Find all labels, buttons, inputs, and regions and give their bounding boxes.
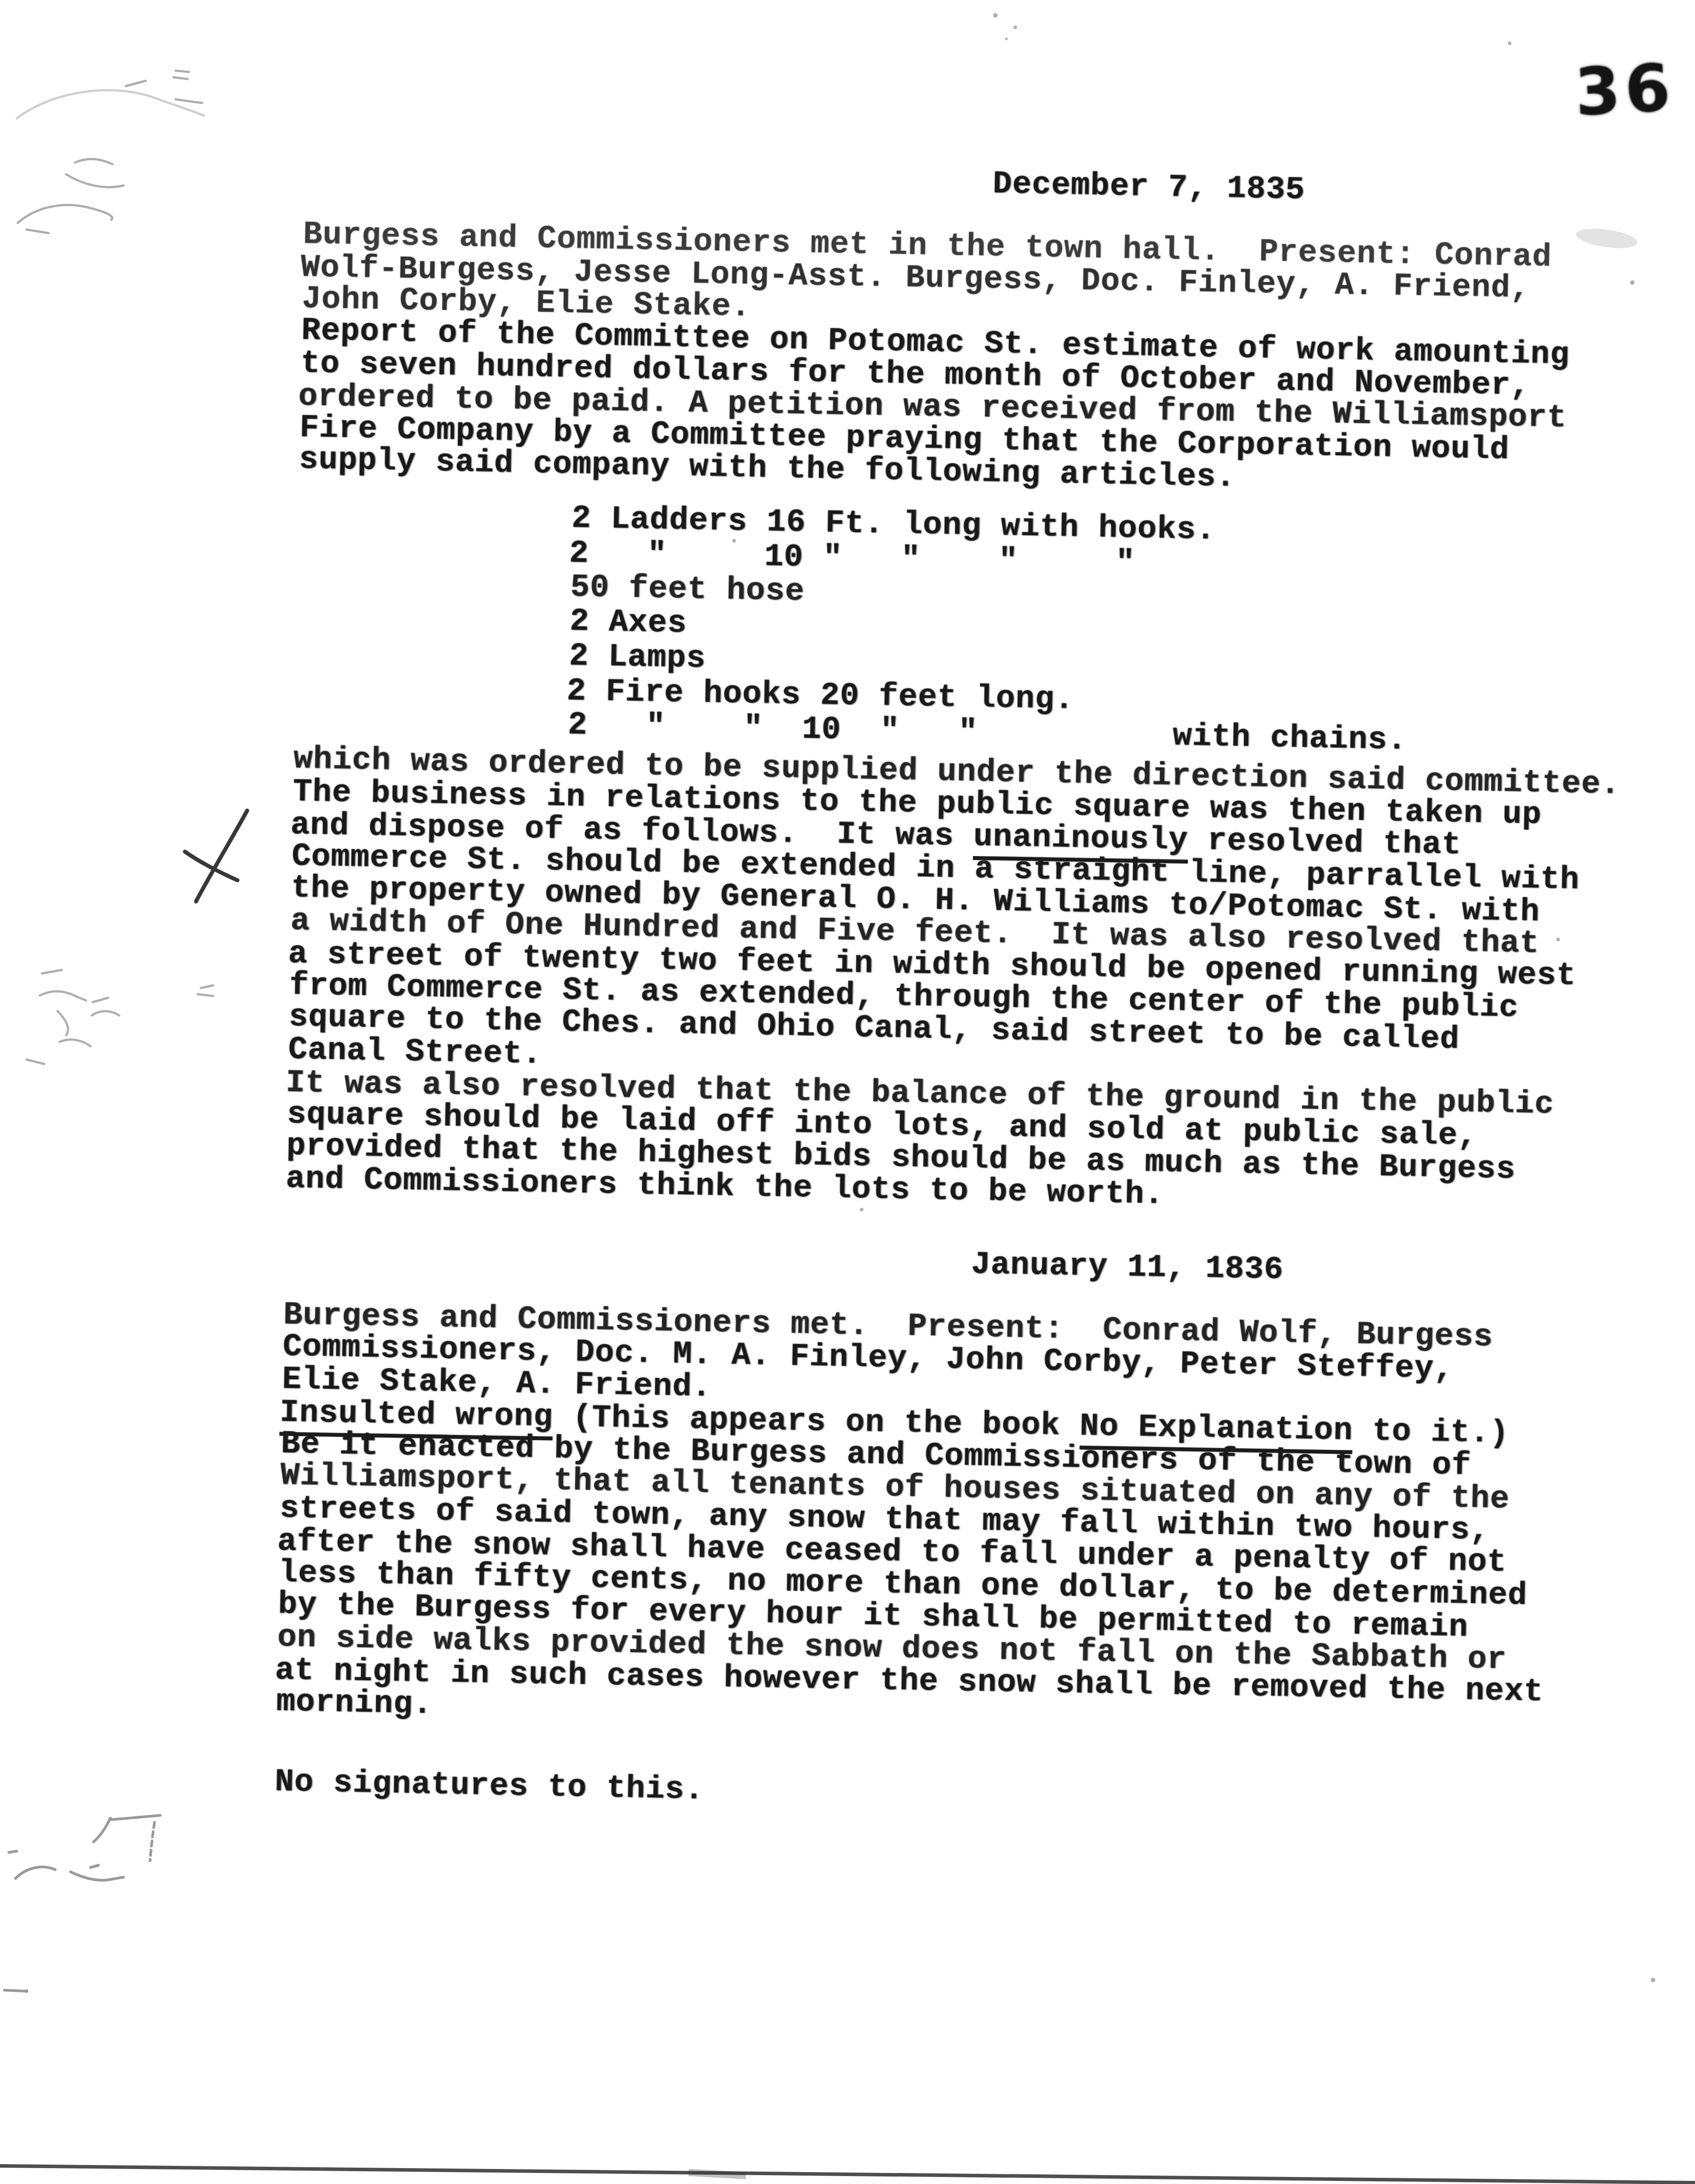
text-segment: 2 Axes (569, 603, 687, 641)
margin-smudge-top-left (17, 71, 204, 233)
text-segment: January 11, 1836 (971, 1246, 1284, 1288)
text-segment: December 7, 1835 (992, 166, 1305, 208)
scanned-document-page: 36 December 7, 1835Burgess and Commissio… (0, 0, 1695, 2184)
underlined-text: unaninously (973, 819, 1188, 864)
handwritten-page-number: 36 (1573, 49, 1677, 131)
date-heading-january: January 11, 1836 (282, 1237, 1610, 1291)
margin-smudge-middle-left (26, 970, 213, 1064)
text-segment: 2 Lamps (569, 638, 706, 677)
text-segment: resolved that (1188, 822, 1461, 863)
typed-line: No signatures to this. (275, 1766, 1602, 1824)
underlined-text: Insulted wrong (279, 1394, 553, 1441)
text-segment: to it.) (1352, 1413, 1509, 1452)
date-heading-december: December 7, 1835 (304, 155, 1631, 212)
margin-smudge-bottom-left (4, 1815, 160, 1993)
text-segment: No signatures to this. (275, 1764, 704, 1808)
typed-minutes-text: December 7, 1835Burgess and Commissioner… (275, 155, 1631, 1823)
handwritten-x-mark (185, 811, 247, 902)
page-bottom-edge (0, 2166, 1695, 2183)
underlined-text: No Explanation (1079, 1408, 1353, 1454)
